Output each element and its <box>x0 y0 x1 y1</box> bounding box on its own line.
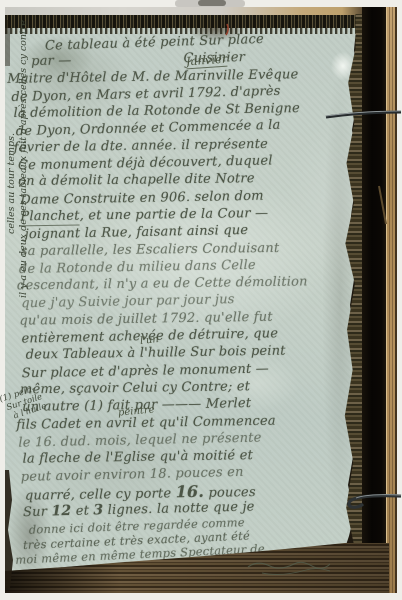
photo-of-panel-back: Ce tableau à été peint Sur place par —Cu… <box>0 0 402 600</box>
frayed-top-edge <box>5 15 363 28</box>
side-wood-strip <box>386 7 397 593</box>
manuscript-text: Ce tableau à été peint Sur place par —Cu… <box>17 32 361 519</box>
paper-sheet: Ce tableau à été peint Sur place par —Cu… <box>5 20 365 588</box>
inserted-word-janvier: Janvier <box>186 52 228 70</box>
vertical-margin-note: celles au tour temps. il y a eu deux de … <box>6 36 29 298</box>
frayed-top-fringe <box>5 28 363 34</box>
inserted-word-lun: l'un <box>139 334 159 347</box>
border-smudge-dark <box>198 0 226 6</box>
